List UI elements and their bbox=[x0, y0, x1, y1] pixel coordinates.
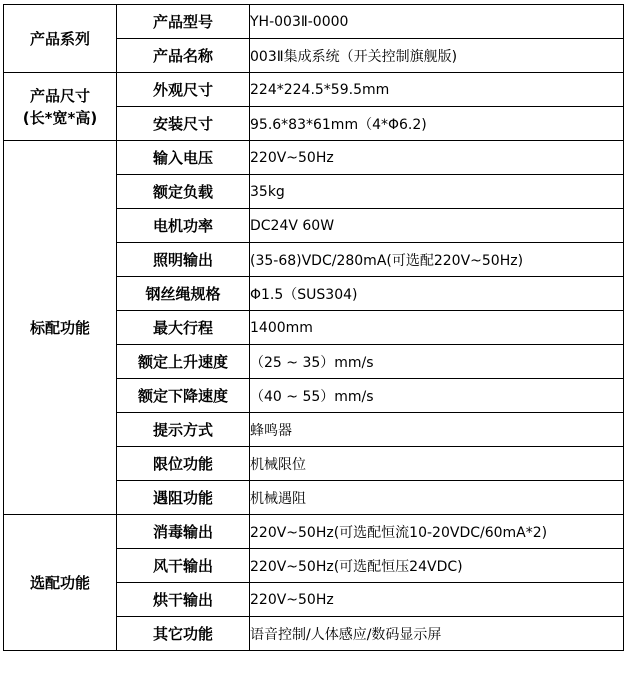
group-product-size: 产品尺寸 (长*宽*高) bbox=[4, 73, 117, 141]
row-label: 外观尺寸 bbox=[117, 73, 250, 107]
row-value: 1400mm bbox=[250, 311, 624, 345]
row-label: 提示方式 bbox=[117, 413, 250, 447]
row-label: 安装尺寸 bbox=[117, 107, 250, 141]
row-value: 224*224.5*59.5mm bbox=[250, 73, 624, 107]
row-value: 95.6*83*61mm（4*Φ6.2) bbox=[250, 107, 624, 141]
group-product-series: 产品系列 bbox=[4, 5, 117, 73]
row-value: (35-68)VDC/280mA(可选配220V~50Hz) bbox=[250, 243, 624, 277]
row-value: YH-003Ⅱ-0000 bbox=[250, 5, 624, 39]
row-label: 其它功能 bbox=[117, 617, 250, 651]
group-title: 产品系列 bbox=[30, 30, 90, 48]
row-value: （40 ~ 55）mm/s bbox=[250, 379, 624, 413]
row-value: 220V~50Hz(可选配恒压24VDC) bbox=[250, 549, 624, 583]
row-label: 产品名称 bbox=[117, 39, 250, 73]
table-row: 选配功能 消毒输出 220V~50Hz(可选配恒流10-20VDC/60mA*2… bbox=[4, 515, 624, 549]
row-label: 照明输出 bbox=[117, 243, 250, 277]
row-label: 最大行程 bbox=[117, 311, 250, 345]
row-value: 220V~50Hz(可选配恒流10-20VDC/60mA*2) bbox=[250, 515, 624, 549]
row-label: 额定下降速度 bbox=[117, 379, 250, 413]
table-row: 产品系列 产品型号 YH-003Ⅱ-0000 bbox=[4, 5, 624, 39]
row-label: 产品型号 bbox=[117, 5, 250, 39]
group-title: 选配功能 bbox=[30, 574, 90, 592]
row-value: 蜂鸣器 bbox=[250, 413, 624, 447]
row-label: 额定上升速度 bbox=[117, 345, 250, 379]
row-value: 220V~50Hz bbox=[250, 583, 624, 617]
table-row: 标配功能 输入电压 220V~50Hz bbox=[4, 141, 624, 175]
row-value: 35kg bbox=[250, 175, 624, 209]
row-value: Φ1.5（SUS304) bbox=[250, 277, 624, 311]
group-optional-features: 选配功能 bbox=[4, 515, 117, 651]
row-label: 遇阻功能 bbox=[117, 481, 250, 515]
row-value: 语音控制/人体感应/数码显示屏 bbox=[250, 617, 624, 651]
row-value: DC24V 60W bbox=[250, 209, 624, 243]
row-label: 限位功能 bbox=[117, 447, 250, 481]
group-standard-features: 标配功能 bbox=[4, 141, 117, 515]
row-label: 钢丝绳规格 bbox=[117, 277, 250, 311]
group-title: 产品尺寸 bbox=[4, 85, 116, 107]
row-value: （25 ~ 35）mm/s bbox=[250, 345, 624, 379]
row-label: 电机功率 bbox=[117, 209, 250, 243]
group-subtitle: (长*宽*高) bbox=[4, 107, 116, 129]
row-label: 输入电压 bbox=[117, 141, 250, 175]
row-label: 额定负载 bbox=[117, 175, 250, 209]
group-title: 标配功能 bbox=[30, 319, 90, 337]
row-value: 机械遇阻 bbox=[250, 481, 624, 515]
row-label: 消毒输出 bbox=[117, 515, 250, 549]
row-label: 烘干输出 bbox=[117, 583, 250, 617]
row-value: 机械限位 bbox=[250, 447, 624, 481]
product-spec-table: 产品系列 产品型号 YH-003Ⅱ-0000 产品名称 003Ⅱ集成系统（开关控… bbox=[3, 4, 624, 651]
row-value: 003Ⅱ集成系统（开关控制旗舰版) bbox=[250, 39, 624, 73]
table-row: 产品尺寸 (长*宽*高) 外观尺寸 224*224.5*59.5mm bbox=[4, 73, 624, 107]
row-label: 风干输出 bbox=[117, 549, 250, 583]
row-value: 220V~50Hz bbox=[250, 141, 624, 175]
